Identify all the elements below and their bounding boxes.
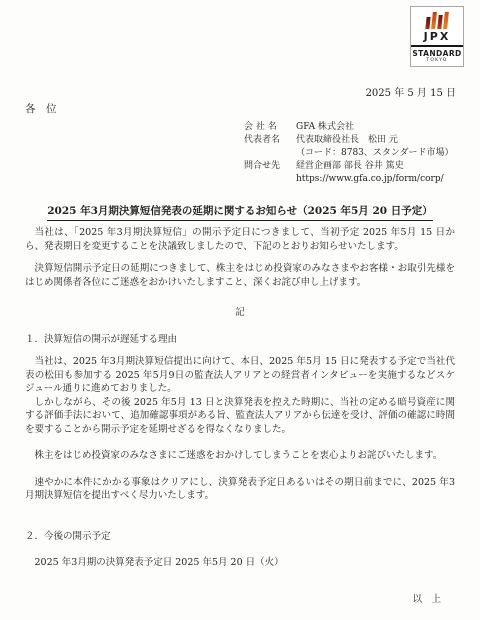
document-date: 2025 年 5 月 15 日 [366, 84, 456, 99]
company-name-row: 会 社 名 GFA 株式会社 [244, 121, 454, 134]
jpx-segment-label: STANDARD [412, 49, 461, 58]
representative-value: 代表取締役社長 松田 元 [288, 134, 398, 147]
page-title: 2025 年3月期決算短信発表の延期に関するお知らせ（2025 年5月 20 日… [47, 203, 432, 221]
section1-paragraph-1: 当社は、2025 年3月期決算短信提出に向けて、本日、2025 年5月 15 日… [25, 355, 455, 396]
title-container: 2025 年3月期決算短信発表の延期に関するお知らせ（2025 年5月 20 日… [0, 199, 480, 221]
intro-paragraph-2: 決算短信開示予定日の延期につきまして、株主をはじめ投資家のみなさまやお客様・お取… [25, 262, 455, 289]
contact-value: 経営企画部 部長 谷井 篤史 [288, 160, 404, 173]
jpx-logo-divider [411, 45, 463, 47]
company-info-block: 会 社 名 GFA 株式会社 代表者名 代表取締役社長 松田 元 （コード：87… [244, 121, 454, 186]
section1-paragraph-4: 速やかに本件にかかる事象はクリアにし、決算発表予定日あるいはその期日前までに、2… [25, 476, 455, 503]
contact-url-spacer [244, 173, 288, 186]
jpx-city-label: TOKYO [426, 58, 447, 64]
jpx-exchange-label: JPX [424, 30, 451, 43]
section2-schedule-line: 2025 年3月期の決算発表予定日 2025 年5月 20 日（火） [25, 556, 455, 570]
stock-code-label [244, 147, 288, 160]
stock-code-value: （コード：8783、スタンダード市場） [288, 147, 454, 160]
contact-url-link[interactable]: https://www.gfa.co.jp/form/corp/ [288, 173, 444, 186]
company-name-value: GFA 株式会社 [288, 121, 354, 134]
section2-heading: ２．今後の開示予定 [25, 530, 455, 544]
representative-row: 代表者名 代表取締役社長 松田 元 [244, 134, 454, 147]
section1-paragraph-3: 株主をはじめ投資家のみなさまにご迷惑をおかけしてしまうことを衷心よりお詫びいたし… [25, 449, 455, 463]
company-name-label: 会 社 名 [244, 121, 288, 134]
jpx-logo: JPX STANDARD TOKYO [410, 6, 464, 67]
document-page: JPX STANDARD TOKYO 2025 年 5 月 15 日 各 位 会… [0, 0, 480, 620]
document-body: 当社は、「2025 年3月期決算短信」の開示予定日につきまして、当初予定 202… [25, 226, 455, 606]
section1-heading: １．決算短信の開示が遅延する理由 [25, 333, 455, 347]
closing-mark: 以 上 [25, 593, 455, 607]
representative-label: 代表者名 [244, 134, 288, 147]
contact-url-row: https://www.gfa.co.jp/form/corp/ [244, 173, 454, 186]
contact-row: 問合せ先 経営企画部 部長 谷井 篤史 [244, 160, 454, 173]
intro-paragraph-1: 当社は、「2025 年3月期決算短信」の開示予定日につきまして、当初予定 202… [25, 226, 455, 253]
stock-code-row: （コード：8783、スタンダード市場） [244, 147, 454, 160]
contact-label: 問合せ先 [244, 160, 288, 173]
section1-paragraph-2: しかしながら、その後 2025 年5月 13 日と決算発表を控えた時期に、当社の… [25, 396, 455, 437]
record-mark: 記 [25, 306, 455, 320]
recipient-label: 各 位 [25, 101, 57, 116]
jpx-bars-icon [426, 12, 448, 29]
